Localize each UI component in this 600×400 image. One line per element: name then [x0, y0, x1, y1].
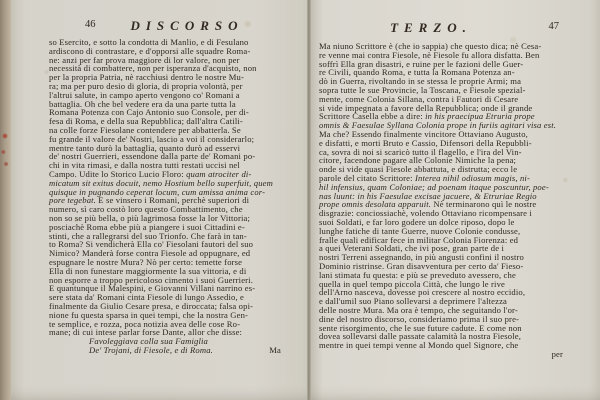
text-line: mentre in quei tempi venne al Mondo quel… — [319, 341, 589, 350]
right-page-number: 47 — [549, 21, 560, 32]
catchword: per — [552, 350, 563, 359]
right-running-title: TERZO. — [390, 20, 472, 36]
text-segment: mentre in quei tempi venne al Mondo quel… — [319, 340, 518, 350]
italic-text-segment: De' Trojani, di Fiesole, e di Roma. — [89, 345, 213, 355]
book-spread: 46 DISCORSO so Esercito, e sotto la cond… — [0, 0, 600, 400]
left-page: 46 DISCORSO so Esercito, e sotto la cond… — [11, 0, 307, 400]
right-page-text: Ma niuno Scrittore è (che io sappia) che… — [319, 42, 589, 359]
left-page-number: 46 — [85, 19, 96, 30]
text-line: per — [319, 350, 589, 359]
book-fore-edge — [0, 0, 11, 400]
left-running-title: DISCORSO — [130, 18, 243, 34]
catchword: Ma — [269, 346, 281, 355]
book-photo: { "book": { "left_page": { "page_number"… — [0, 0, 600, 400]
right-page-header: TERZO. 47 — [319, 19, 585, 37]
right-page: TERZO. 47 Ma niuno Scrittore è (che io s… — [311, 0, 600, 400]
left-page-text: so Esercito, e sotto la condotta di Manl… — [49, 38, 307, 355]
left-page-header: 46 DISCORSO — [49, 17, 305, 35]
text-line: De' Trojani, di Fiesole, e di Roma.Ma — [49, 346, 307, 355]
